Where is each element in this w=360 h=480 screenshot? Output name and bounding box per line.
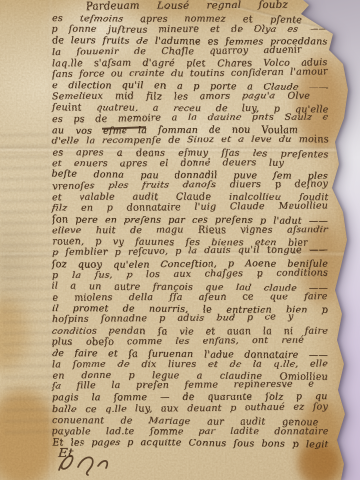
verso-bleedthrough-text	[0, 128, 55, 434]
handwritten-line: p ſonne juſtreus mineure et de Olya es —…	[52, 24, 328, 36]
handwritten-line: payable lad.te ſomme par ladite donnatai…	[52, 426, 328, 438]
handwritten-line: la ſomme de dix liures et de la q.lle, e…	[52, 359, 328, 371]
handwritten-line: p la ſus, p los aux chaſges p conditions	[52, 267, 328, 281]
handwritten-line: Semelieux mid filz les amors pagu'a Olve	[52, 91, 328, 103]
handwritten-line: e miolens della ſſa aſeun ce que faire	[52, 292, 328, 304]
handwritten-line: la ſouuenir de Chaſle quarroy aduenir	[52, 44, 328, 58]
handwritten-line: plus obeſo comme les enfans, ont rené	[52, 334, 328, 348]
handwritten-line: vrenoſes ples fruits danoſs diuers p deſ…	[52, 178, 328, 192]
handwritten-line: balle ce q.lle luy, aux deuant p outhaué…	[52, 401, 328, 415]
handwritten-line: d'elle la recompenſe de Sinoz et a leve …	[52, 133, 328, 147]
signature-paraph	[54, 450, 116, 478]
handwritten-line: es ps de memoire a la dauine pnts Saulz …	[52, 111, 328, 125]
handwritten-line: filz en p donnataire l'uig Claude Meuoll…	[52, 200, 328, 214]
manuscript-page-wrapper: Pardeuam Lousé regnal ſoubzes teſmoins a…	[0, 0, 360, 480]
handwritten-line: et enuers apres el donné deuers luy	[52, 158, 328, 170]
handwritten-line: ſa fille la preſen femme repineresve e	[52, 379, 328, 393]
left-edge-stain	[0, 298, 28, 370]
photo-backdrop: Pardeuam Lousé regnal ſoubzes teſmoins a…	[0, 0, 360, 480]
handwriting-block: Pardeuam Lousé regnal ſoubzes teſmoins a…	[52, 2, 328, 459]
manuscript-page: Pardeuam Lousé regnal ſoubzes teſmoins a…	[0, 0, 360, 480]
handwritten-line: hoſpins ſonnadne p aduis bud p ce y	[52, 312, 328, 326]
handwritten-line: elleve huit de magu Rieus vignes aſsandi…	[52, 225, 328, 237]
handwritten-line: p ſemblier p reſcuvo, p la dauis qu'il t…	[52, 245, 328, 259]
handwritten-line: ſans force ou crainte du toutins conſide…	[52, 66, 328, 80]
handwritten-line: Pardeuam Lousé regnal ſoubz	[52, 0, 328, 13]
